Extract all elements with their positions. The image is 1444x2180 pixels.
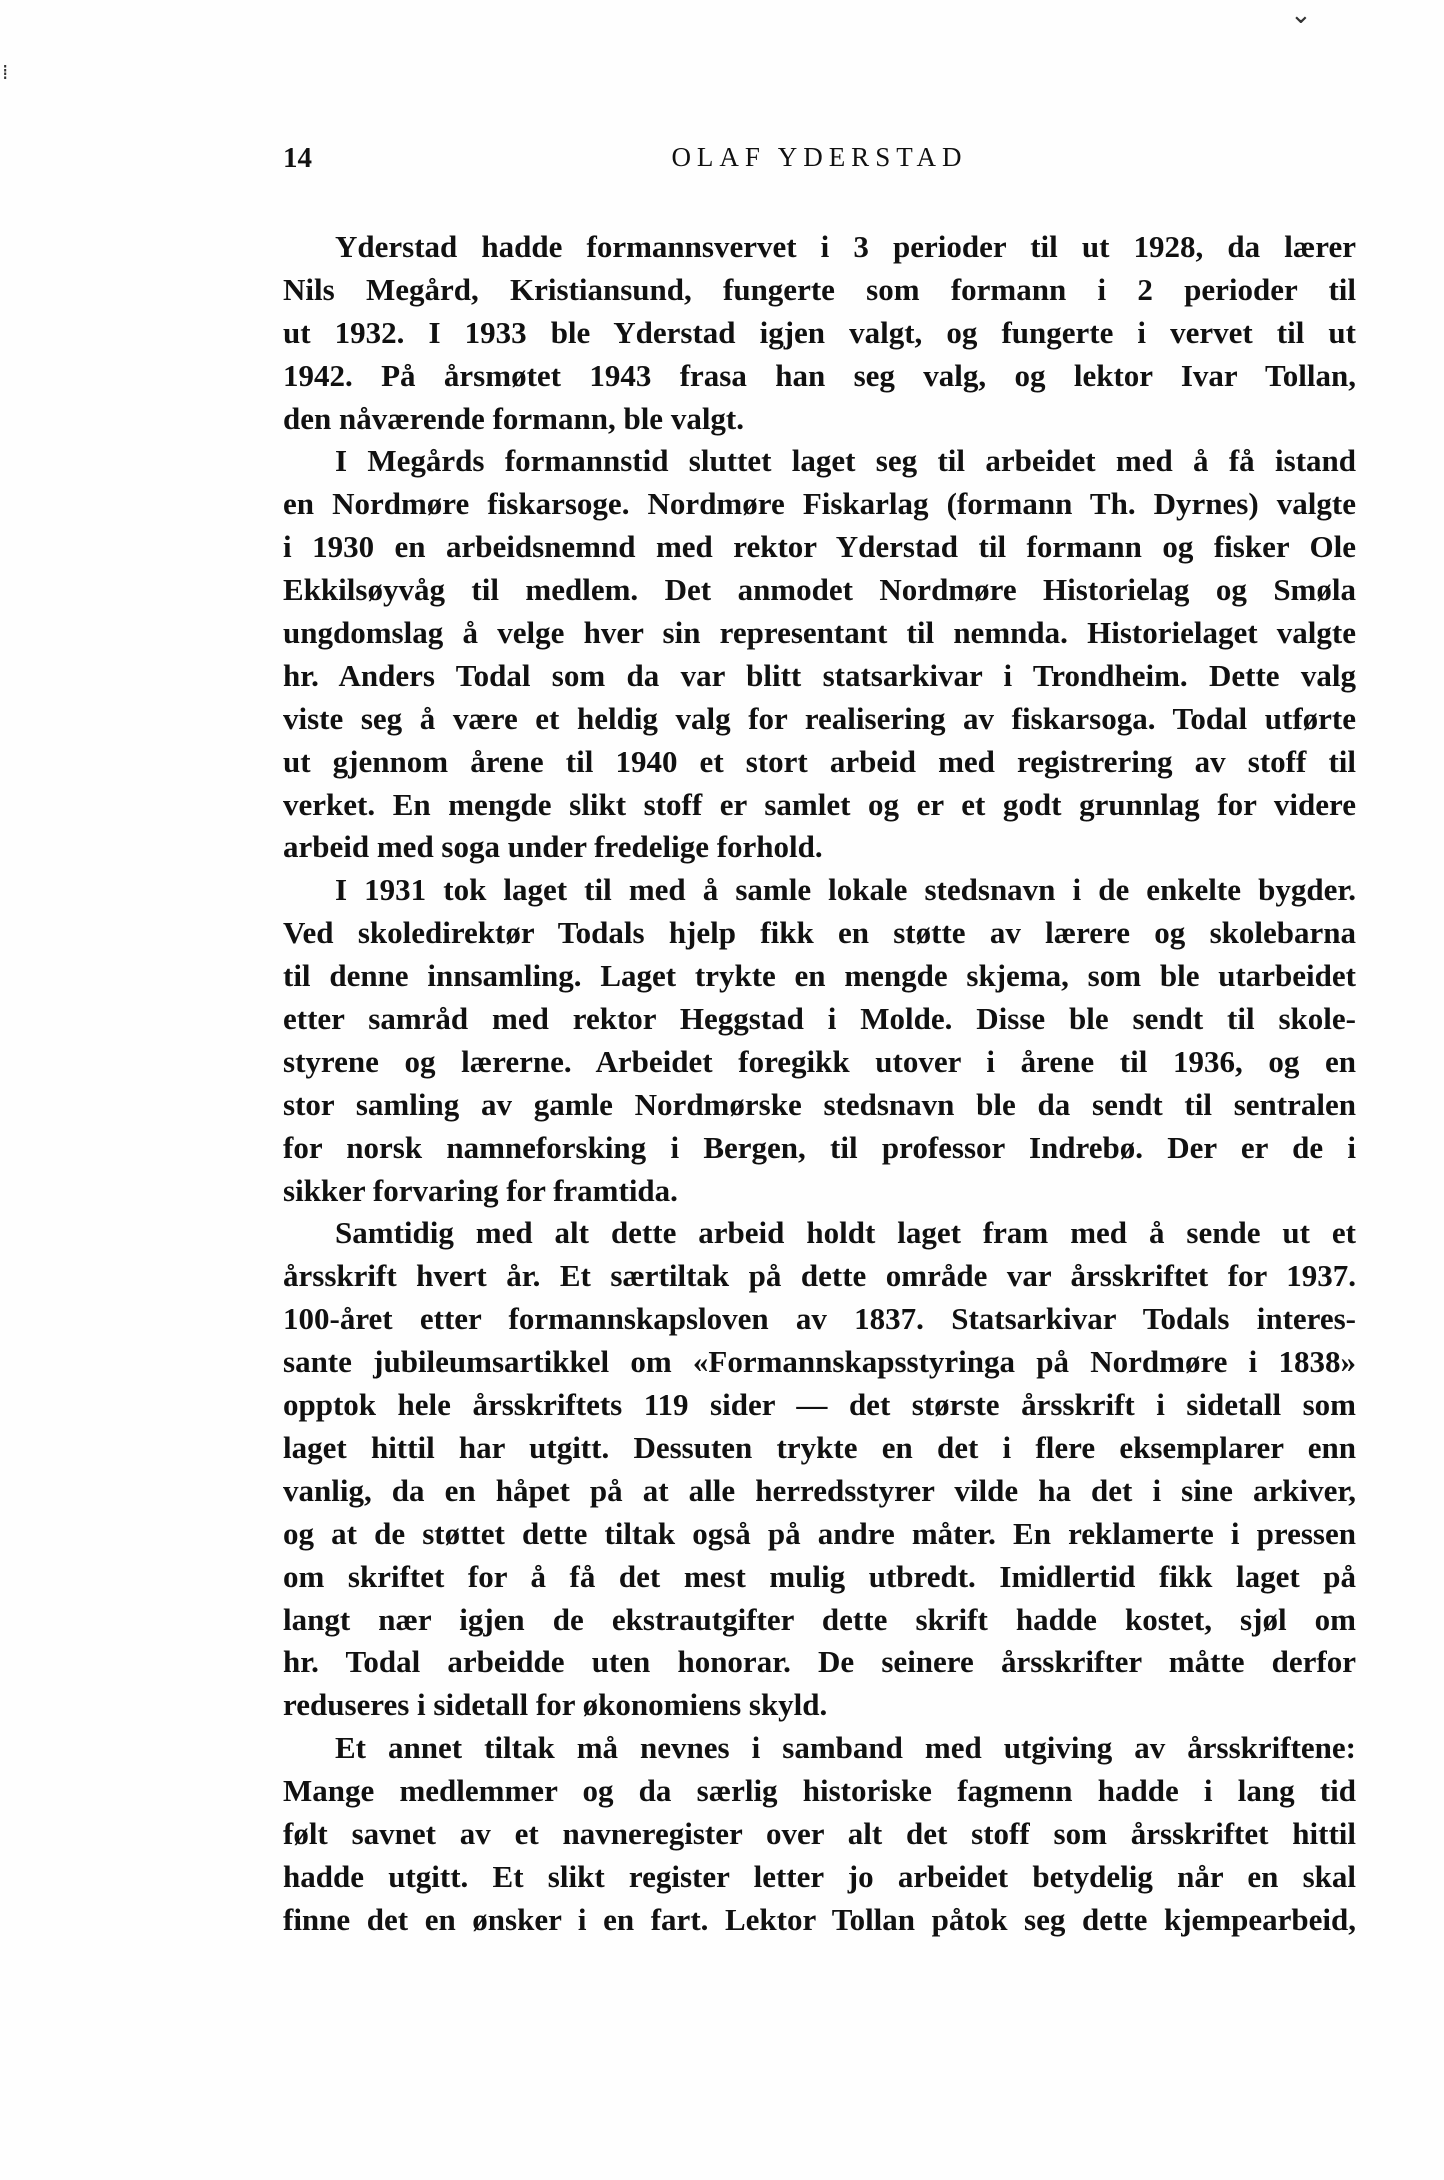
text-line: ut 1932. I 1933 ble Yderstad igjen valgt… <box>283 312 1356 355</box>
paragraph: Samtidig med alt dette arbeid holdt lage… <box>283 1212 1356 1727</box>
text-line: langt nær igjen de ekstrautgifter dette … <box>283 1599 1356 1642</box>
text-line: laget hittil har utgitt. Dessuten trykte… <box>283 1427 1356 1470</box>
text-line: verket. En mengde slikt stoff er samlet … <box>283 784 1356 827</box>
text-line: følt savnet av et navneregister over alt… <box>283 1813 1356 1856</box>
scan-artifact-icon: ⌄ <box>1290 0 1312 30</box>
text-line: den nåværende formann, ble valgt. <box>283 398 1356 441</box>
text-line: I 1931 tok laget til med å samle lokale … <box>283 869 1356 912</box>
paragraph: I 1931 tok laget til med å samle lokale … <box>283 869 1356 1212</box>
text-line: Ved skoledirektør Todals hjelp fikk en s… <box>283 912 1356 955</box>
text-line: stor samling av gamle Nordmørske stedsna… <box>283 1084 1356 1127</box>
text-line: hadde utgitt. Et slikt register letter j… <box>283 1856 1356 1899</box>
text-line: opptok hele årsskriftets 119 sider — det… <box>283 1384 1356 1427</box>
text-line: til denne innsamling. Laget trykte en me… <box>283 955 1356 998</box>
text-line: styrene og lærerne. Arbeidet foregikk ut… <box>283 1041 1356 1084</box>
paragraph: Et annet tiltak må nevnes i samband med … <box>283 1727 1356 1941</box>
text-line: 1942. På årsmøtet 1943 frasa han seg val… <box>283 355 1356 398</box>
paragraph: I Megårds formannstid sluttet laget seg … <box>283 440 1356 869</box>
running-title: OLAF YDERSTAD <box>283 142 1356 173</box>
text-line: Yderstad hadde formannsvervet i 3 period… <box>283 226 1356 269</box>
paragraph: Yderstad hadde formannsvervet i 3 period… <box>283 226 1356 440</box>
running-header: 14 OLAF YDERSTAD <box>283 142 1356 182</box>
text-line: en Nordmøre fiskarsoge. Nordmøre Fiskarl… <box>283 483 1356 526</box>
text-line: 100-året etter formannskapsloven av 1837… <box>283 1298 1356 1341</box>
text-line: Mange medlemmer og da særlig historiske … <box>283 1770 1356 1813</box>
text-line: hr. Todal arbeidde uten honorar. De sein… <box>283 1641 1356 1684</box>
text-line: arbeid med soga under fredelige forhold. <box>283 826 1356 869</box>
text-line: viste seg å være et heldig valg for real… <box>283 698 1356 741</box>
document-page: 14 OLAF YDERSTAD Yderstad hadde formanns… <box>0 0 1444 2180</box>
text-line: sikker forvaring for framtida. <box>283 1170 1356 1213</box>
text-line: Nils Megård, Kristiansund, fungerte som … <box>283 269 1356 312</box>
text-line: sante jubileumsartikkel om «Formannskaps… <box>283 1341 1356 1384</box>
text-line: Ekkilsøyvåg til medlem. Det anmodet Nord… <box>283 569 1356 612</box>
text-line: ut gjennom årene til 1940 et stort arbei… <box>283 741 1356 784</box>
text-line: etter samråd med rektor Heggstad i Molde… <box>283 998 1356 1041</box>
text-line: reduseres i sidetall for økonomiens skyl… <box>283 1684 1356 1727</box>
text-line: Et annet tiltak må nevnes i samband med … <box>283 1727 1356 1770</box>
text-line: vanlig, da en håpet på at alle herredsst… <box>283 1470 1356 1513</box>
text-line: I Megårds formannstid sluttet laget seg … <box>283 440 1356 483</box>
text-line: Samtidig med alt dette arbeid holdt lage… <box>283 1212 1356 1255</box>
body-text: Yderstad hadde formannsvervet i 3 period… <box>283 226 1356 1942</box>
text-line: årsskrift hvert år. Et særtiltak på dett… <box>283 1255 1356 1298</box>
text-line: hr. Anders Todal som da var blitt statsa… <box>283 655 1356 698</box>
text-line: og at de støttet dette tiltak også på an… <box>283 1513 1356 1556</box>
text-line: i 1930 en arbeidsnemnd med rektor Yderst… <box>283 526 1356 569</box>
text-line: finne det en ønsker i en fart. Lektor To… <box>283 1899 1356 1942</box>
scan-artifact-icon: ⁞ <box>2 60 8 84</box>
text-line: ungdomslag å velge hver sin representant… <box>283 612 1356 655</box>
text-line: om skriftet for å få det mest mulig utbr… <box>283 1556 1356 1599</box>
text-line: for norsk namneforsking i Bergen, til pr… <box>283 1127 1356 1170</box>
